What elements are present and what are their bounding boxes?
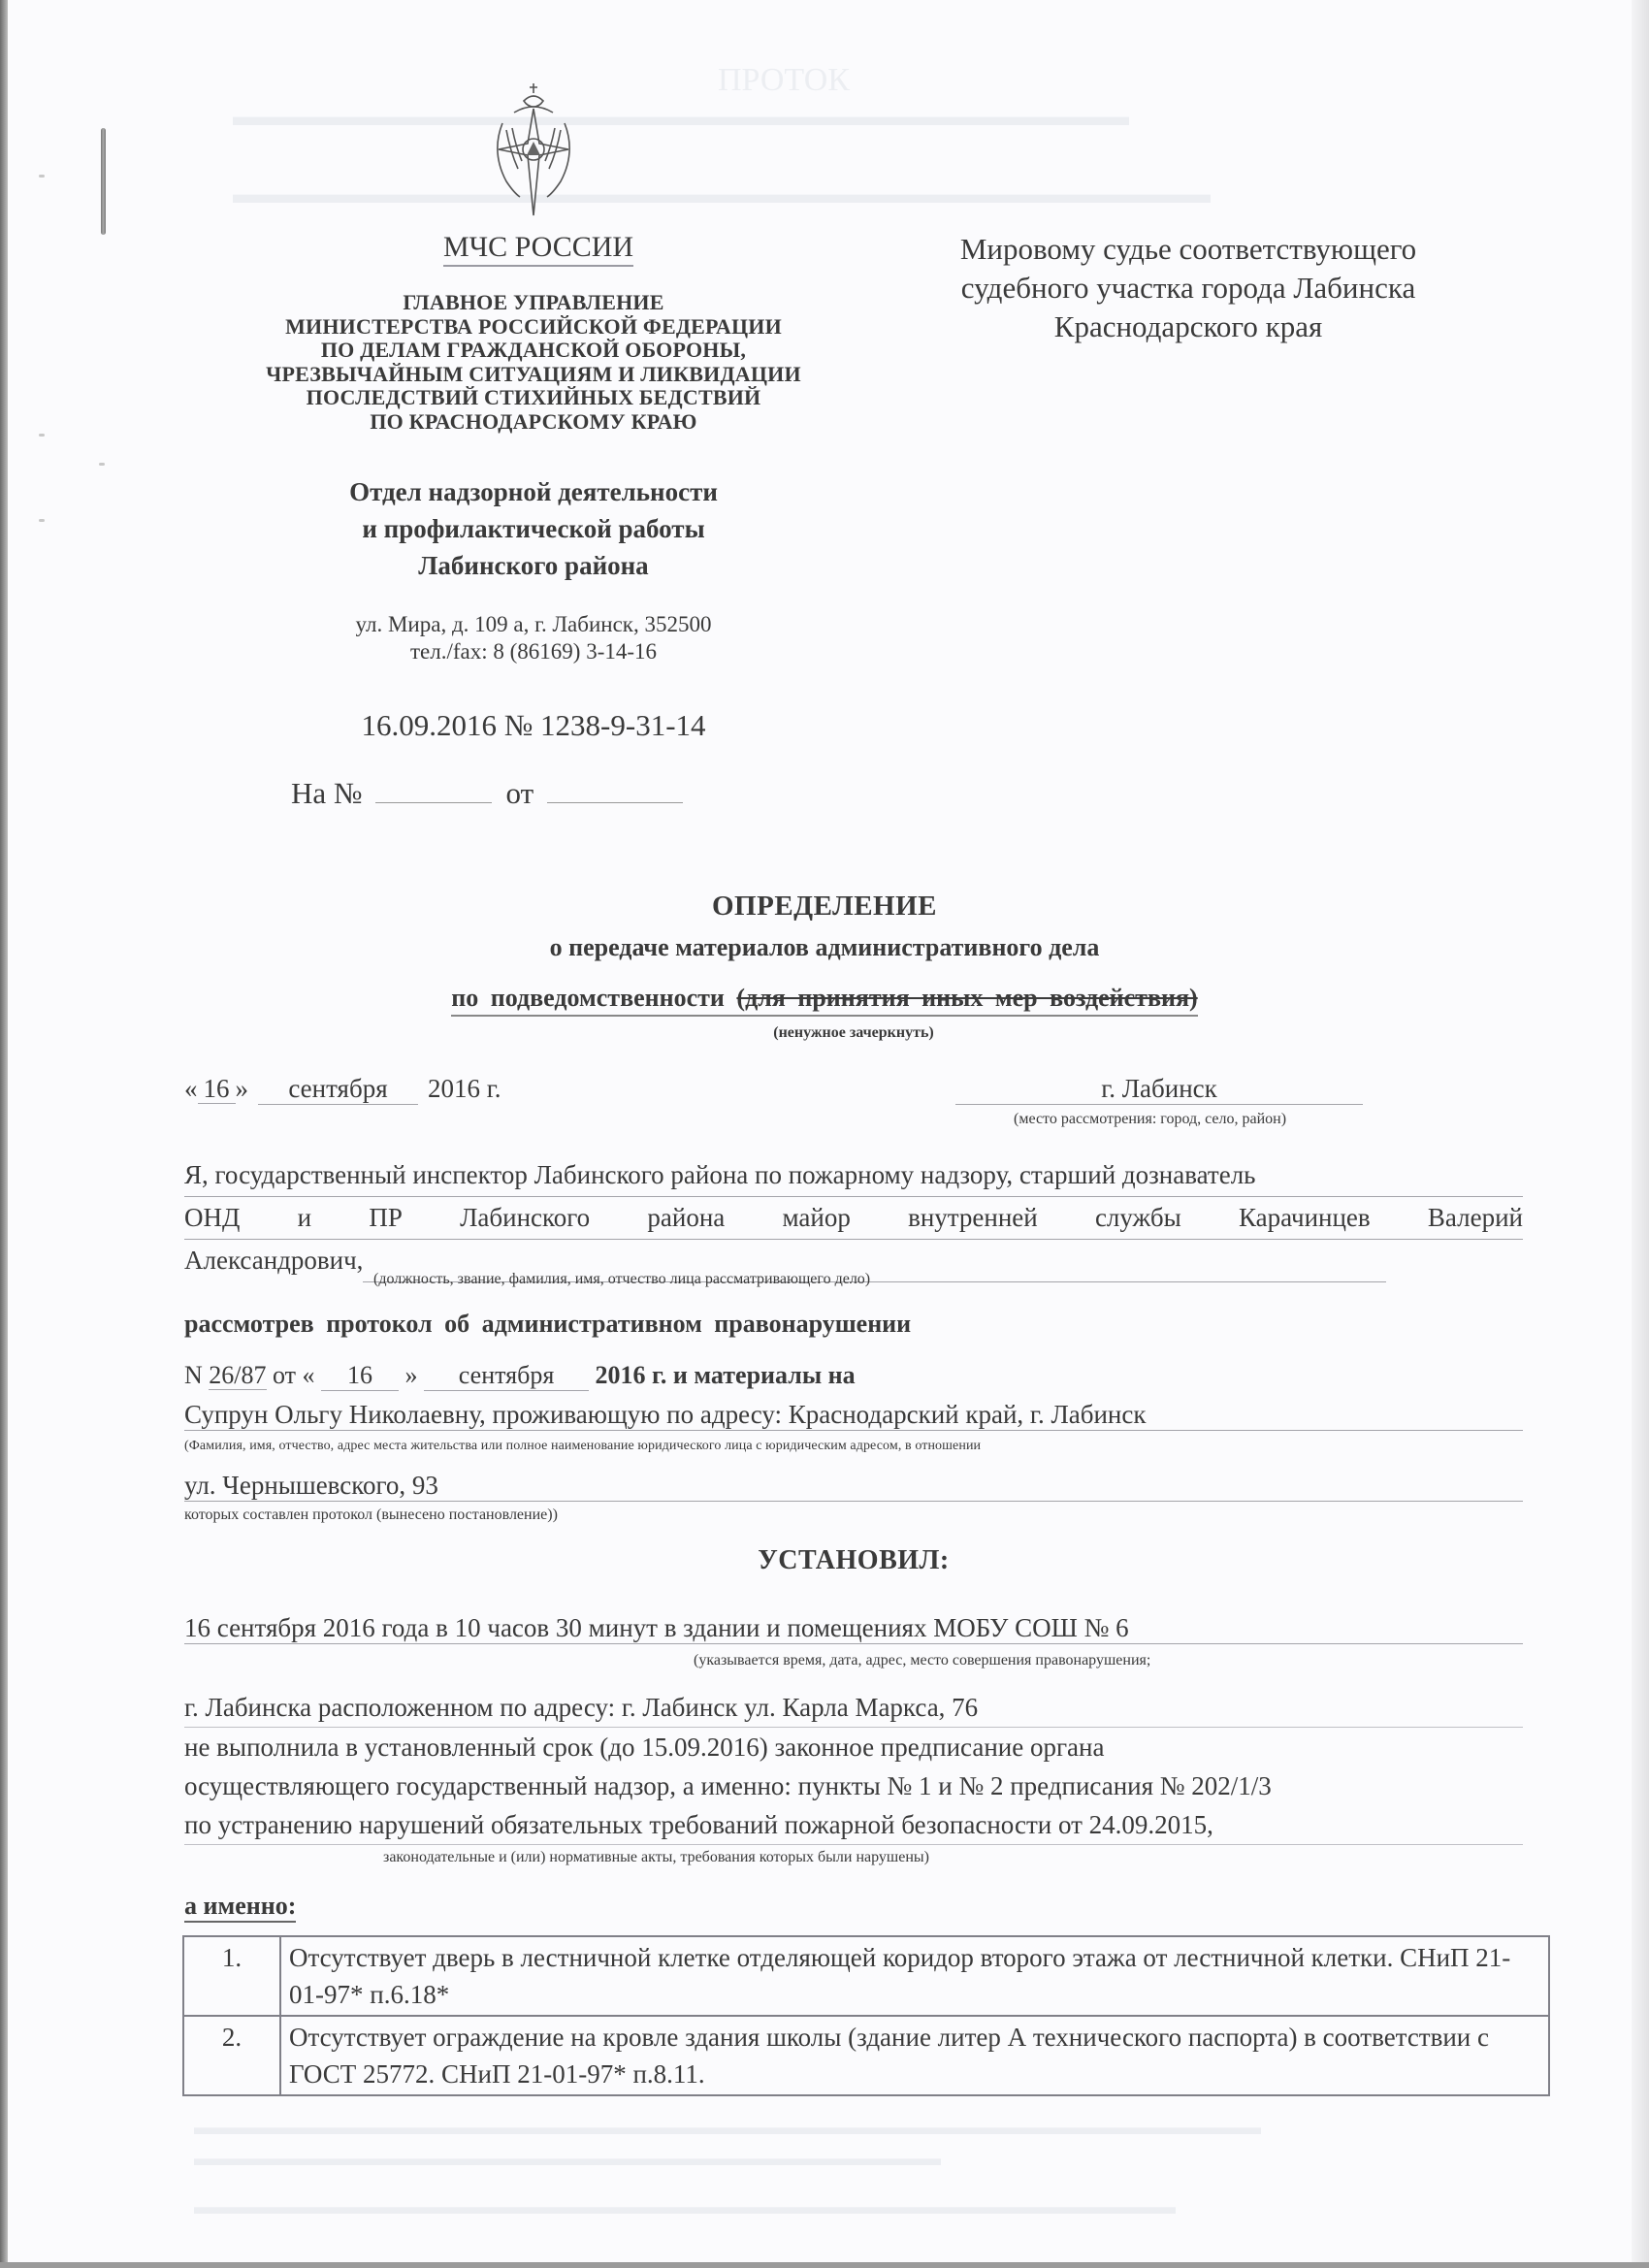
- decision-day: 16: [198, 1074, 236, 1104]
- description-line: по устранению нарушений обязательных тре…: [184, 1805, 1523, 1845]
- inspector-line: Я, государственный инспектор Лабинского …: [184, 1154, 1523, 1197]
- scan-speck: [39, 434, 45, 437]
- description-line: г. Лабинска расположенном по адресу: г. …: [184, 1688, 1523, 1728]
- outgoing-reg-number: 16.09.2016 № 1238-9-31-14: [175, 708, 892, 743]
- document-subtitle-options: по подведомственности (для принятия иных…: [291, 984, 1358, 1013]
- violation-number: 2.: [183, 2016, 280, 2095]
- ref-date-label: от: [505, 776, 533, 810]
- ref-number-label: На №: [291, 776, 362, 810]
- violation-text: Отсутствует дверь в лестничной клетке от…: [280, 1936, 1549, 2016]
- reviewed-heading: рассмотрев протокол об административном …: [184, 1310, 911, 1339]
- decision-month: сентября: [258, 1074, 418, 1105]
- offender-name-address: Супрун Ольгу Николаевну, проживающую по …: [184, 1400, 1523, 1431]
- protocol-year: 2016 г. и материалы на: [596, 1361, 856, 1389]
- protocol-reference: N 26/87 от « 16 » сентября 2016 г. и мат…: [184, 1361, 856, 1391]
- inspector-line: ОНД и ПР Лабинского района майор внутрен…: [184, 1197, 1523, 1240]
- event-hint: (указывается время, дата, адрес, место с…: [694, 1652, 1150, 1669]
- mchs-emblem-icon: [485, 80, 582, 220]
- strike-hint: (ненужное зачеркнуть): [291, 1024, 1358, 1042]
- department-line: и профилактической работы: [175, 510, 892, 547]
- decision-year: 2016 г.: [428, 1074, 501, 1103]
- department-line: Лабинского района: [175, 547, 892, 584]
- ref-number-blank: [375, 802, 492, 803]
- scan-edge-right: [1632, 0, 1649, 2268]
- acts-hint: законодательные и (или) нормативные акты…: [383, 1849, 929, 1866]
- org-line: ЧРЕЗВЫЧАЙНЫМ СИТУАЦИЯМ И ЛИКВИДАЦИИ: [175, 363, 892, 387]
- org-line: МИНИСТЕРСТВА РОССИЙСКОЙ ФЕДЕРАЦИИ: [175, 315, 892, 340]
- violation-text: Отсутствует ограждение на кровле здания …: [280, 2016, 1549, 2095]
- show-through-text: ▬▬▬▬▬▬▬▬▬▬▬▬▬▬▬▬▬▬▬▬▬▬▬▬▬▬▬▬▬▬▬▬▬▬▬: [194, 2146, 941, 2171]
- protocol-close: »: [405, 1361, 418, 1389]
- ref-date-blank: [547, 802, 683, 803]
- table-row: 2. Отсутствует ограждение на кровле здан…: [183, 2016, 1549, 2095]
- violation-number: 1.: [183, 1936, 280, 2016]
- addressee-line: судебного участка города Лабинска: [873, 269, 1503, 308]
- org-full-name: ГЛАВНОЕ УПРАВЛЕНИЕ МИНИСТЕРСТВА РОССИЙСК…: [175, 291, 892, 434]
- inspector-hint: (должность, звание, фамилия, имя, отчест…: [373, 1271, 870, 1288]
- department-phone: тел./fax: 8 (86169) 3-14-16: [175, 638, 892, 665]
- violations-table: 1. Отсутствует дверь в лестничной клетке…: [182, 1935, 1550, 2096]
- incoming-reference: На №от: [291, 776, 696, 811]
- decision-place: г. Лабинск: [955, 1074, 1363, 1105]
- scan-speck: [99, 463, 105, 466]
- department-address: ул. Мира, д. 109 а, г. Лабинск, 352500: [175, 611, 892, 638]
- show-through-text: ▬▬▬▬▬▬▬▬▬▬▬▬▬▬▬▬▬▬▬▬▬▬▬▬▬▬▬▬▬▬▬▬▬▬▬▬▬▬▬▬…: [194, 2115, 1261, 2140]
- protocol-day: 16: [321, 1361, 399, 1391]
- inspector-line: Александрович,: [184, 1246, 363, 1275]
- protocol-from: от «: [273, 1361, 315, 1389]
- department-name: Отдел надзорной деятельности и профилакт…: [175, 473, 892, 584]
- department-line: Отдел надзорной деятельности: [175, 473, 892, 510]
- org-short-name: МЧС РОССИИ: [378, 231, 698, 264]
- description-line: осуществляющего государственный надзор, …: [184, 1766, 1523, 1805]
- decision-date: «16»сентября2016 г.: [184, 1074, 501, 1105]
- staple-mark: [101, 128, 106, 235]
- quote-close: »: [236, 1074, 249, 1103]
- established-heading: УСТАНОВИЛ:: [165, 1545, 1542, 1576]
- org-line: ГЛАВНОЕ УПРАВЛЕНИЕ: [175, 291, 892, 315]
- protocol-number: 26/87: [209, 1361, 266, 1390]
- department-contacts: ул. Мира, д. 109 а, г. Лабинск, 352500 т…: [175, 611, 892, 665]
- protocol-month: сентября: [424, 1361, 589, 1391]
- addressee-block: Мировому судье соответствующего судебног…: [873, 230, 1503, 346]
- place-hint: (место рассмотрения: город, село, район): [1014, 1111, 1286, 1128]
- option-struck: (для принятия иных мер воздействия): [736, 984, 1197, 1012]
- table-row: 1. Отсутствует дверь в лестничной клетке…: [183, 1936, 1549, 2016]
- description-line: не выполнила в установленный срок (до 15…: [184, 1728, 1523, 1766]
- addressee-line: Краснодарского края: [873, 308, 1503, 346]
- show-through-text: ▬▬▬▬▬▬▬▬▬▬▬▬▬▬▬▬▬▬▬▬▬▬▬▬▬▬▬▬▬▬▬▬▬▬▬▬: [233, 179, 1211, 211]
- document-subtitle: о передаче материалов административного …: [291, 933, 1358, 962]
- org-line: ПОСЛЕДСТВИЙ СТИХИЙНЫХ БЕДСТВИЙ: [175, 386, 892, 410]
- offender-street: ул. Чернышевского, 93: [184, 1471, 1523, 1502]
- violation-description: г. Лабинска расположенном по адресу: г. …: [184, 1688, 1523, 1845]
- document-title: ОПРЕДЕЛЕНИЕ: [291, 891, 1358, 923]
- show-through-text: ▬▬▬▬▬▬▬▬▬▬▬▬▬▬▬▬▬▬▬▬▬▬▬▬▬▬▬▬▬▬▬▬▬▬▬▬▬▬▬▬…: [194, 2194, 1176, 2219]
- street-hint: которых составлен протокол (вынесено пос…: [184, 1507, 558, 1524]
- scan-speck: [39, 175, 45, 178]
- protocol-n-label: N: [184, 1361, 203, 1389]
- show-through-text: ▬▬▬▬▬▬▬▬▬▬▬▬▬▬▬▬▬▬▬▬▬▬▬▬▬▬▬▬▬▬▬▬▬: [233, 102, 1129, 133]
- quote-open: «: [184, 1074, 198, 1103]
- org-line: ПО КРАСНОДАРСКОМУ КРАЮ: [175, 410, 892, 435]
- inspector-block: Я, государственный инспектор Лабинского …: [184, 1154, 1523, 1282]
- scan-edge-bottom: [0, 2262, 1649, 2268]
- scan-edge-left: [0, 0, 8, 2268]
- show-through-text: ПРОТОК: [718, 62, 850, 99]
- org-line: ПО ДЕЛАМ ГРАЖДАНСКОЙ ОБОРОНЫ,: [175, 339, 892, 363]
- addressee-line: Мировому судье соответствующего: [873, 230, 1503, 269]
- event-description: 16 сентября 2016 года в 10 часов 30 мину…: [184, 1613, 1523, 1644]
- namely-label: а именно:: [184, 1892, 296, 1923]
- option-kept: по подведомственности: [451, 984, 736, 1012]
- offender-hint: (Фамилия, имя, отчество, адрес места жит…: [184, 1439, 981, 1454]
- scan-speck: [39, 519, 45, 522]
